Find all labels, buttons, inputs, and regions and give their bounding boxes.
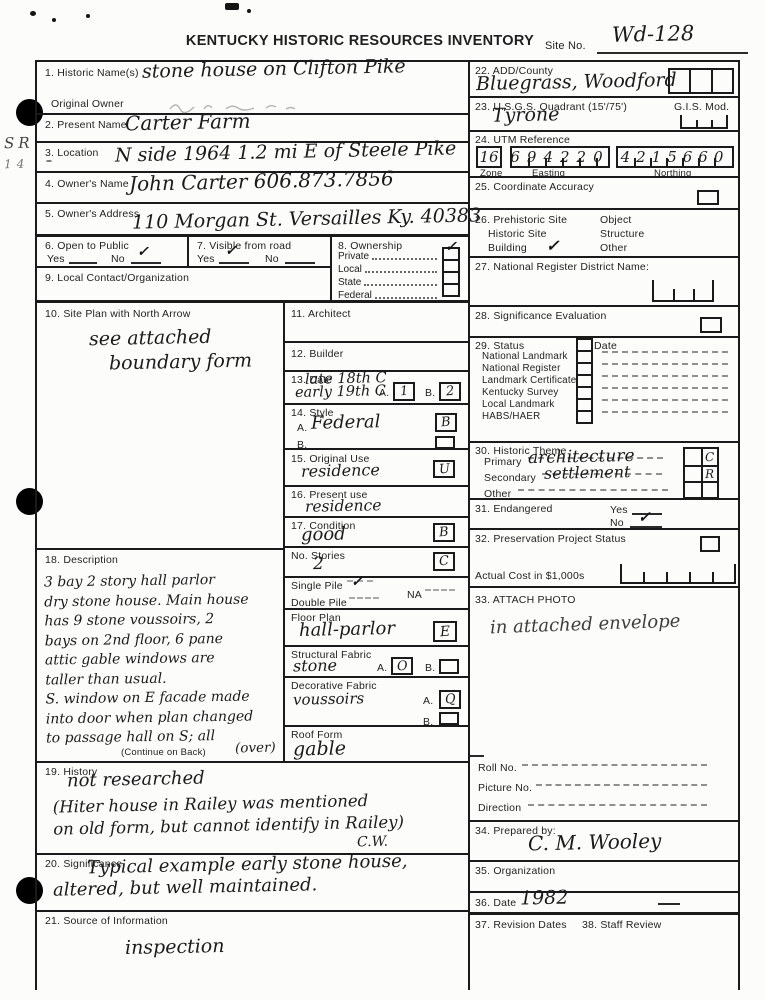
code-cell: [701, 481, 717, 497]
field-roof-form: Roof Form gable: [283, 727, 468, 763]
field-label: 4. Owner's Name: [45, 178, 129, 190]
field-18-description: 18. Description 3 bay 2 story hall parlo…: [35, 550, 283, 763]
ownership-row: Private: [338, 251, 440, 262]
preservation-code-box: [700, 536, 720, 552]
field-label: 25. Coordinate Accuracy: [475, 181, 594, 193]
gis-mod-comb-box: [680, 115, 728, 129]
field-label: 18. Description: [45, 554, 118, 566]
accuracy-code-box: [697, 190, 719, 205]
zone-digits: 16: [479, 148, 498, 166]
prepared-by-value: C. M. Wooley: [528, 831, 662, 854]
checkmark: ✓: [445, 239, 457, 255]
field-22-add-county: 22. ADD/County Bluegrass, Woodford: [468, 60, 740, 98]
field-1-historic-names: 1. Historic Name(s) stone house on Clift…: [35, 60, 468, 115]
comb-tick: [711, 120, 713, 127]
field-label: 1. Historic Name(s): [45, 67, 139, 79]
original-owner-label: Original Owner: [51, 98, 124, 110]
scan-speck: [30, 11, 36, 16]
comb-tick: [712, 572, 714, 582]
site-type-option: Building: [488, 242, 527, 254]
field-label: 12. Builder: [291, 348, 343, 360]
ownership-checkbox-column: [442, 249, 460, 297]
history-initials: C.W.: [357, 835, 388, 850]
digit-tick: [714, 158, 716, 166]
box-value: C: [438, 555, 449, 569]
structural-fabric-box-a: O: [391, 657, 413, 675]
field-label: 28. Significance Evaluation: [475, 310, 606, 322]
comb-tick: [696, 120, 698, 127]
present-name-value: Carter Farm: [125, 111, 251, 134]
field-label: 7. Visible from road: [197, 240, 291, 252]
field-11-architect: 11. Architect: [283, 303, 468, 343]
scan-speck: [86, 14, 90, 18]
secondary-label: Secondary: [484, 472, 536, 484]
evaluation-code-box: [700, 317, 722, 333]
date-blank: [602, 363, 728, 365]
field-12-builder: 12. Builder: [283, 343, 468, 372]
field-floor-plan: Floor Plan hall-parlor E: [283, 610, 468, 647]
box-value: R: [705, 468, 714, 480]
style-code-box-a: B: [435, 413, 457, 432]
actual-cost-label: Actual Cost in $1,000s: [475, 570, 584, 582]
field-label: 9. Local Contact/Organization: [45, 272, 189, 284]
status-item: Local Landmark: [482, 399, 555, 410]
checkmark: ✓: [638, 508, 651, 526]
margin-note: SR: [4, 136, 34, 152]
site-type-option: 26. Prehistoric Site: [475, 214, 567, 226]
box-value: U: [438, 462, 450, 476]
box-value: E: [439, 624, 450, 639]
field-24-utm-reference: 24. UTM Reference 16 694220 4215660 Zone…: [468, 132, 740, 178]
history-line1: not researched: [67, 770, 205, 791]
staff-review-label: 38. Staff Review: [582, 919, 661, 931]
field-37-38-revision-staff: 37. Revision Dates 38. Staff Review: [468, 915, 740, 990]
field-9-local-contact: 9. Local Contact/Organization: [35, 268, 330, 303]
easting-digits: 694220: [510, 148, 609, 166]
field-label: 21. Source of Information: [45, 915, 168, 927]
floor-plan-code-box: E: [433, 621, 457, 642]
dotted-leader: [365, 271, 437, 273]
code-cell: R: [701, 465, 717, 481]
date-blank: [602, 411, 728, 413]
date-code-box-b: 2: [439, 382, 461, 401]
box-value: B: [439, 526, 450, 540]
comb-tick: [643, 572, 645, 582]
source-value: inspection: [125, 937, 225, 958]
a-label: A.: [423, 695, 433, 707]
field-32-preservation-status: 32. Preservation Project Status Actual C…: [468, 530, 740, 588]
b-label: B.: [425, 387, 435, 399]
field-stories: No. Stories 2 C: [283, 548, 468, 578]
code-cell: C: [701, 449, 717, 465]
digit-tick: [682, 158, 684, 166]
status-item: National Register: [482, 363, 561, 374]
field-31-endangered: 31. Endangered Yes No ✓: [468, 500, 740, 530]
date-value: 1982: [520, 888, 569, 908]
other-blank: [518, 489, 668, 491]
style-value: Federal: [311, 413, 381, 432]
na-label: NA: [407, 589, 422, 601]
no-blank: [630, 526, 662, 528]
field-13-date: 13. Date late 18th C early 19th C A. 1 B…: [283, 372, 468, 405]
field-30-historic-theme: 30. Historic Theme Primary architecture …: [468, 443, 740, 500]
checkbox: [576, 410, 593, 424]
scanned-inventory-form: SR 14 KENTUCKY HISTORIC RESOURCES INVENT…: [0, 0, 765, 1000]
digit-tick: [666, 158, 668, 166]
structural-fabric-value: stone: [293, 658, 337, 675]
no-label: No: [265, 253, 279, 265]
field-29-status: 29. Status Date National Landmark Nation…: [468, 338, 740, 443]
field-26-site-type: 26. Prehistoric Site Historic Site Build…: [468, 210, 740, 258]
checkbox: [442, 283, 460, 297]
ownership-option: Federal: [338, 290, 372, 301]
box-value: Q: [444, 693, 456, 707]
direction-label: Direction: [478, 802, 521, 814]
field-5-owners-address: 5. Owner's Address 110 Morgan St. Versai…: [35, 204, 468, 237]
district-comb-box: [652, 280, 714, 302]
yes-label: Yes: [197, 253, 215, 265]
picture-no-label: Picture No.: [478, 782, 532, 794]
field-19-history: 19. History not researched (Hiter house …: [35, 763, 468, 855]
secondary-theme-value: settlement: [544, 464, 631, 482]
box-value: C: [705, 451, 714, 463]
floor-plan-value: hall-parlor: [299, 620, 395, 640]
condition-value: good: [301, 526, 346, 545]
significance-line1: Typical example early stone house,: [87, 853, 408, 878]
status-item: Kentucky Survey: [482, 387, 559, 398]
add-county-value: Bluegrass, Woodford: [476, 71, 677, 94]
primary-label: Primary: [484, 456, 522, 468]
ownership-row: Local: [338, 264, 440, 275]
date-blank: [602, 387, 728, 389]
box-value: 1: [399, 385, 408, 399]
field-25-coordinate-accuracy: 25. Coordinate Accuracy: [468, 178, 740, 210]
digit-tick: [650, 158, 652, 166]
digit-tick: [579, 158, 581, 166]
field-label: 11. Architect: [291, 308, 351, 320]
utm-northing-box: 4215660: [616, 146, 734, 168]
dotted-leader: [364, 284, 437, 286]
revision-dates-label: 37. Revision Dates: [475, 919, 567, 931]
yes-label: Yes: [47, 253, 65, 265]
original-use-value: residence: [301, 462, 380, 480]
code-cell: [689, 70, 710, 92]
status-item: National Landmark: [482, 351, 568, 362]
comb-tick: [666, 572, 668, 582]
code-cell: [670, 70, 689, 92]
theme-code-grid: C R: [683, 447, 719, 499]
decorative-fabric-value: voussoirs: [293, 691, 365, 707]
field-7-visible-from-road: 7. Visible from road Yes ✓ No: [187, 237, 330, 268]
site-no-underline: [597, 52, 748, 54]
single-pile-label: Single Pile: [291, 580, 343, 592]
digit-tick: [545, 158, 547, 166]
condition-code-box: B: [433, 523, 455, 542]
field-label: 27. National Register District Name:: [475, 261, 649, 273]
original-use-code-box: U: [433, 460, 455, 478]
dotted-leader: [375, 297, 437, 299]
cost-comb-box: [620, 564, 736, 584]
photo-note: in attached envelope: [490, 613, 681, 638]
digit-tick: [596, 158, 598, 166]
no-blank: [285, 262, 315, 264]
double-pile-blank: [349, 597, 379, 599]
field-label: 2. Present Name: [45, 119, 127, 131]
status-item: Landmark Certificate: [482, 375, 576, 386]
field-8-ownership: 8. Ownership Private Local State Federal…: [330, 237, 468, 303]
checkmark: ✓: [225, 243, 237, 259]
structural-fabric-box-b: [439, 659, 459, 674]
status-checkbox-column: [576, 340, 593, 424]
scan-speck: [52, 18, 56, 22]
b-label: B.: [425, 662, 435, 674]
site-no-value: Wd-128: [612, 23, 695, 46]
a-label: A.: [379, 387, 389, 399]
box-value: 2: [445, 385, 454, 399]
utm-easting-box: 694220: [510, 146, 610, 168]
code-box-3cell: [668, 68, 734, 94]
field-label: 31. Endangered: [475, 503, 553, 515]
field-label: 32. Preservation Project Status: [475, 533, 626, 545]
code-cell: [685, 481, 701, 497]
field-6-open-to-public: 6. Open to Public Yes No ✓: [35, 237, 187, 268]
site-plan-note-line2: boundary form: [109, 352, 252, 374]
field-23-usgs-quadrant: 23. U.S.G.S. Quadrant (15'/75') G.I.S. M…: [468, 98, 740, 132]
a-label: A.: [377, 662, 387, 674]
no-label: No: [111, 253, 125, 265]
location-value: N side 1964 1.2 mi E of Steele Pike: [115, 139, 457, 165]
double-pile-label: Double Pile: [291, 597, 347, 609]
decorative-fabric-box-b: [439, 712, 459, 725]
field-4-owners-name: 4. Owner's Name John Carter 606.873.7856: [35, 173, 468, 204]
roof-form-value: gable: [293, 739, 346, 759]
style-code-box-b: [435, 436, 455, 449]
date-code-box-a: 1: [393, 382, 415, 401]
field-33-attach-photo: 33. ATTACH PHOTO in attached envelope: [468, 588, 740, 755]
quadrant-value: Tyrone: [492, 105, 560, 125]
field-label: 24. UTM Reference: [475, 134, 570, 146]
scan-speck: [225, 3, 239, 10]
other-label: Other: [484, 488, 511, 500]
code-cell: [711, 70, 732, 92]
owner-address-value: 110 Morgan St. Versailles Ky. 40383: [132, 206, 481, 232]
roll-no-label: Roll No.: [478, 762, 517, 774]
checkmark: ✓: [351, 574, 363, 590]
utm-zone-box: 16: [476, 146, 502, 168]
code-cell: [685, 465, 701, 481]
direction-blank: [528, 804, 707, 806]
field-pile: Single Pile ✓ NA Double Pile: [283, 578, 468, 610]
field-10-site-plan: 10. Site Plan with North Arrow see attac…: [35, 303, 283, 550]
digit-tick: [634, 158, 636, 166]
historic-name-value: stone house on Clifton Pike: [142, 57, 406, 82]
stories-value: 2: [313, 556, 324, 573]
ownership-row: State: [338, 277, 440, 288]
digit-tick: [698, 158, 700, 166]
comb-tick: [689, 572, 691, 582]
yes-blank: [219, 262, 249, 264]
roll-no-blank: [522, 764, 707, 766]
no-blank: [131, 262, 161, 264]
field-label: 33. ATTACH PHOTO: [475, 594, 576, 606]
owner-name-value: John Carter 606.873.7856: [129, 168, 394, 194]
ownership-option: State: [338, 277, 361, 288]
field-35-organization: 35. Organization: [468, 862, 740, 893]
field-label: 6. Open to Public: [45, 240, 129, 252]
field-21-source: 21. Source of Information inspection: [35, 912, 468, 990]
checkmark: ✓: [137, 244, 149, 260]
field-28-significance-evaluation: 28. Significance Evaluation: [468, 307, 740, 338]
field-label: 36. Date: [475, 897, 516, 909]
a-label: A.: [297, 422, 307, 434]
field-label: 3. Location: [45, 147, 99, 159]
date-blank: [602, 351, 728, 353]
over-note: (over): [235, 742, 276, 756]
field-14-style: 14. Style A. Federal B B.: [283, 405, 468, 450]
box-value: O: [396, 659, 408, 673]
present-use-value: residence: [305, 498, 382, 515]
ownership-row: Federal: [338, 290, 440, 301]
description-text: 3 bay 2 story hall parlor dry stone hous…: [44, 571, 254, 749]
box-value: B: [441, 416, 452, 430]
date-value-line2: early 19th C: [295, 384, 386, 400]
scan-speck: [247, 9, 251, 13]
digit-tick: [562, 158, 564, 166]
continue-on-back-label: (Continue on Back): [121, 747, 206, 758]
site-type-option: Other: [600, 242, 627, 254]
yes-label: Yes: [610, 504, 628, 516]
separator-tick: [470, 755, 484, 757]
yes-blank: [69, 262, 97, 264]
field-27-nr-district: 27. National Register District Name:: [468, 258, 740, 307]
status-item: HABS/HAER: [482, 411, 540, 422]
field-36-date: 36. Date 1982: [468, 893, 740, 915]
history-text: (Hiter house in Railey was mentioned on …: [53, 789, 405, 840]
field-label: 5. Owner's Address: [45, 208, 139, 220]
ownership-option: Private: [338, 251, 369, 262]
field-17-condition: 17. Condition good B: [283, 518, 468, 548]
page-title: KENTUCKY HISTORIC RESOURCES INVENTORY: [170, 33, 550, 49]
decorative-fabric-box-a: Q: [439, 690, 461, 709]
no-label: No: [610, 517, 624, 529]
margin-note: 14: [4, 158, 30, 171]
field-16-present-use: 16. Present use residence: [283, 487, 468, 518]
dotted-leader: [372, 258, 437, 260]
code-cell: [685, 449, 701, 465]
comb-tick: [673, 289, 675, 300]
gis-mod-label: G.I.S. Mod.: [674, 101, 729, 113]
stray-mark: [658, 903, 680, 905]
site-no-label: Site No.: [545, 40, 586, 52]
field-structural-fabric: Structural Fabric stone A. O B.: [283, 647, 468, 678]
site-type-option: Historic Site: [488, 228, 547, 240]
field-15-original-use: 15. Original Use residence U: [283, 450, 468, 487]
date-blank: [602, 375, 728, 377]
date-blank: [602, 399, 728, 401]
site-type-option: Structure: [600, 228, 644, 240]
checkmark: ✓: [546, 236, 559, 255]
field-decorative-fabric: Decorative Fabric voussoirs A. Q B.: [283, 678, 468, 727]
comb-tick: [693, 289, 695, 300]
picture-no-blank: [536, 784, 707, 786]
na-blank: [425, 589, 455, 591]
significance-line2: altered, but well maintained.: [53, 876, 318, 900]
field-label: 10. Site Plan with North Arrow: [45, 308, 190, 320]
field-34-prepared-by: 34. Prepared by: C. M. Wooley: [468, 822, 740, 862]
site-type-option: Object: [600, 214, 632, 226]
digit-tick: [528, 158, 530, 166]
ownership-option: Local: [338, 264, 362, 275]
field-label: 35. Organization: [475, 865, 555, 877]
stories-code-box: C: [433, 552, 455, 571]
photo-metadata-block: Roll No. Picture No. Direction: [468, 755, 740, 822]
field-20-significance: 20. Significance Typical example early s…: [35, 855, 468, 912]
site-plan-note-line1: see attached: [89, 328, 212, 350]
